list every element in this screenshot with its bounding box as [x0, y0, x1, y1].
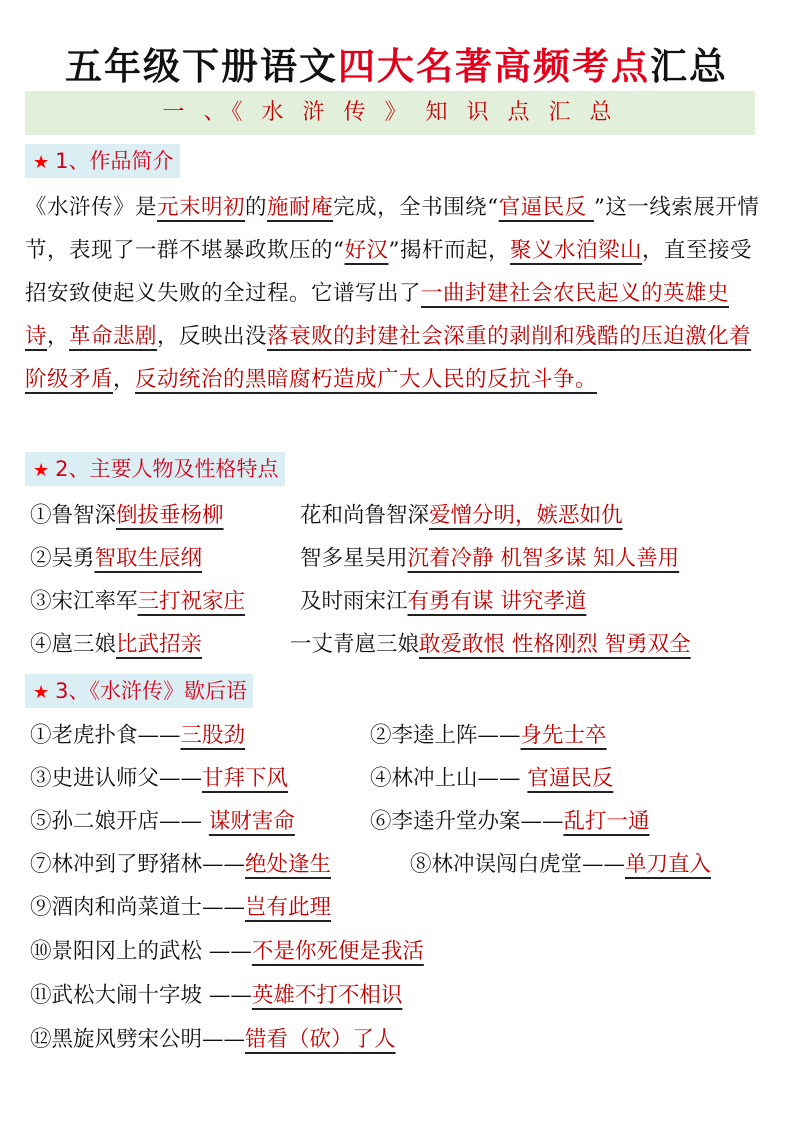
- xiehouyu-answer: 乱打一通: [564, 809, 650, 834]
- xiehouyu-answer: 岂有此理: [245, 895, 331, 920]
- intro-text: 的: [245, 195, 267, 220]
- section-label: 1、作品简介: [55, 149, 173, 173]
- xiehouyu-answer: 错看（砍）了人: [245, 1027, 396, 1052]
- xiehouyu-answer: 甘拜下风: [202, 766, 288, 791]
- section-heading-characters: ★2、主要人物及性格特点: [25, 452, 285, 486]
- xiehouyu-answer: 身先士卒: [521, 723, 607, 748]
- xiehouyu-question: ①老虎扑食——: [30, 723, 181, 748]
- xiehouyu-question: ③史进认师父——: [30, 766, 202, 791]
- xiehouyu-question: ⑤孙二娘开店——: [30, 809, 209, 834]
- section-label: 2、主要人物及性格特点: [55, 457, 278, 481]
- xiehouyu-question: ⑥李逵升堂办案——: [370, 809, 564, 834]
- xiehouyu-answer: 不是你死便是我活: [252, 939, 424, 964]
- xiehouyu-answer: 英雄不打不相识: [252, 983, 403, 1008]
- star-icon: ★: [33, 682, 49, 703]
- xiehouyu-row: ①老虎扑食——三股劲 ②李逵上阵——身先士卒: [25, 716, 765, 756]
- page-title: 五年级下册语文四大名著高频考点汇总: [0, 42, 793, 92]
- character-trait-answer: 有勇有谋 讲究孝道: [408, 589, 587, 614]
- xiehouyu-question: ④林冲上山——: [370, 766, 527, 791]
- xiehouyu-answer: 绝处逢生: [245, 852, 331, 877]
- intro-text: 《水浒传》是: [25, 195, 157, 220]
- xiehouyu-question: ⑧林冲误闯白虎堂——: [410, 852, 625, 877]
- chapter-banner: 一 、《 水 浒 传 》 知 识 点 汇 总: [25, 91, 755, 135]
- xiehouyu-answer: 谋财害命: [209, 809, 295, 834]
- star-icon: ★: [33, 460, 49, 481]
- key-point: 革命悲剧: [69, 324, 157, 349]
- xiehouyu-question: ⑫黑旋风劈宋公明——: [30, 1027, 245, 1052]
- xiehouyu-row: ⑫黑旋风劈宋公明——错看（砍）了人: [25, 1020, 765, 1060]
- character-event-answer: 三打祝家庄: [138, 589, 246, 614]
- xiehouyu-answer: 三股劲: [181, 723, 246, 748]
- character-event-label: ④扈三娘: [30, 632, 116, 657]
- character-nickname-label: 智多星吴用: [300, 546, 408, 571]
- character-trait-answer: 沉着冷静 机智多谋 知人善用: [408, 546, 680, 571]
- xiehouyu-row: ⑤孙二娘开店—— 谋财害命 ⑥李逵升堂办案——乱打一通: [25, 802, 765, 842]
- xiehouyu-row: ⑪武松大闹十字坡 ——英雄不打不相识: [25, 976, 765, 1016]
- xiehouyu-row: ⑩景阳冈上的武松 ——不是你死便是我活: [25, 932, 765, 972]
- title-part-2: 四大名著高频考点: [338, 45, 650, 88]
- xiehouyu-answer: 单刀直入: [625, 852, 711, 877]
- character-trait-answer: 爱憎分明，嫉恶如仇: [429, 503, 623, 528]
- section-heading-xiehouyu: ★3、《水浒传》歇后语: [25, 674, 253, 708]
- xiehouyu-row: ⑨酒肉和尚菜道士——岂有此理: [25, 888, 765, 928]
- key-point: 好汉: [345, 238, 389, 263]
- character-event-answer: 比武招亲: [116, 632, 202, 657]
- star-icon: ★: [33, 152, 49, 173]
- xiehouyu-row: ⑦林冲到了野猪林——绝处逢生 ⑧林冲误闯白虎堂——单刀直入: [25, 845, 765, 885]
- character-row: ①鲁智深倒拔垂杨柳 花和尚鲁智深爱憎分明，嫉恶如仇: [25, 496, 765, 536]
- xiehouyu-row: ③史进认师父——甘拜下风 ④林冲上山—— 官逼民反: [25, 759, 765, 799]
- intro-text: ，反映出没: [157, 324, 267, 349]
- xiehouyu-answer: 官逼民反: [527, 766, 613, 791]
- xiehouyu-question: ②李逵上阵——: [370, 723, 521, 748]
- intro-text: ，: [113, 367, 135, 392]
- xiehouyu-question: ⑩景阳冈上的武松 ——: [30, 939, 252, 964]
- character-event-label: ①鲁智深: [30, 503, 116, 528]
- key-point: 施耐庵: [267, 195, 333, 220]
- character-event-label: ③宋江率军: [30, 589, 138, 614]
- key-point: 元末明初: [157, 195, 245, 220]
- title-part-1: 五年级下册语文: [65, 45, 338, 88]
- section-label: 3、《水浒传》歇后语: [55, 679, 247, 703]
- title-part-3: 汇总: [650, 45, 728, 88]
- key-point: 官逼民反: [499, 195, 594, 220]
- intro-text: ，: [47, 324, 69, 349]
- xiehouyu-question: ⑪武松大闹十字坡 ——: [30, 983, 252, 1008]
- character-nickname-label: 及时雨宋江: [300, 589, 408, 614]
- section-heading-intro: ★1、作品简介: [25, 144, 180, 178]
- character-row: ③宋江率军三打祝家庄 及时雨宋江有勇有谋 讲究孝道: [25, 582, 765, 622]
- character-nickname-label: 一丈青扈三娘: [290, 632, 419, 657]
- character-nickname-label: 花和尚鲁智深: [300, 503, 429, 528]
- intro-text: 完成，全书围绕“: [333, 195, 499, 220]
- character-event-answer: 智取生辰纲: [95, 546, 203, 571]
- character-trait-answer: 敢爱敢恨 性格刚烈 智勇双全: [419, 632, 691, 657]
- character-row: ②吴勇智取生辰纲 智多星吴用沉着冷静 机智多谋 知人善用: [25, 539, 765, 579]
- character-event-answer: 倒拔垂杨柳: [116, 503, 224, 528]
- xiehouyu-question: ⑦林冲到了野猪林——: [30, 852, 245, 877]
- intro-paragraph: 《水浒传》是元末明初的施耐庵完成，全书围绕“官逼民反 ”这一线索展开情节，表现了…: [25, 186, 760, 401]
- key-point: 聚义水泊梁山: [510, 238, 642, 263]
- xiehouyu-question: ⑨酒肉和尚菜道士——: [30, 895, 245, 920]
- character-row: ④扈三娘比武招亲 一丈青扈三娘敢爱敢恨 性格刚烈 智勇双全: [25, 625, 765, 665]
- intro-text: ”揭杆而起，: [389, 238, 511, 263]
- key-point: 反动统治的黑暗腐朽造成广大人民的反抗斗争。: [135, 367, 597, 392]
- character-event-label: ②吴勇: [30, 546, 95, 571]
